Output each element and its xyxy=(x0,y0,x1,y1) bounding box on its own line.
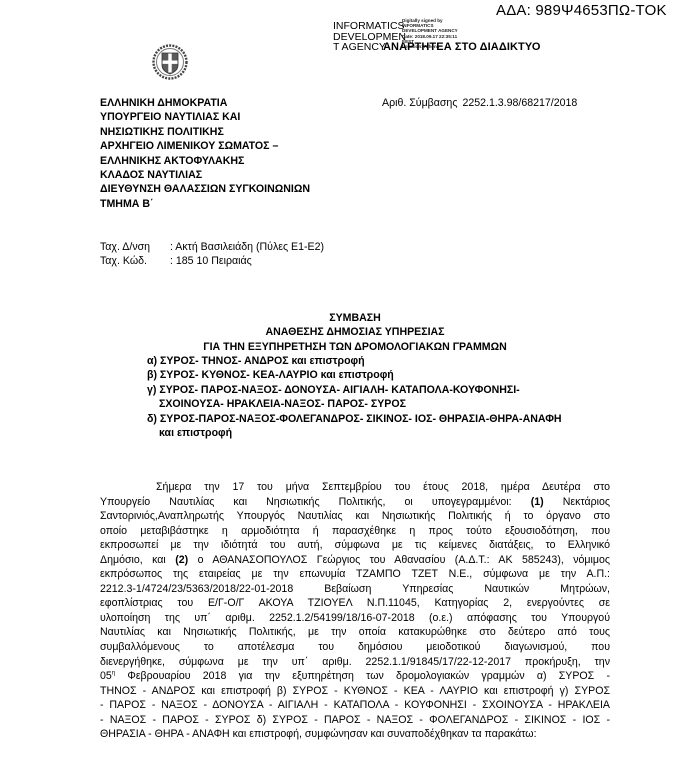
route-item: α) ΣΥΡΟΣ- ΤΗΝΟΣ- ΑΝΔΡΟΣ και επιστροφή xyxy=(147,354,562,368)
postal-code-label: Ταχ. Κώδ. xyxy=(100,254,170,268)
address-value: : Ακτή Βασιλειάδη (Πύλες Ε1-Ε2) xyxy=(170,240,324,254)
route-item: β) ΣΥΡΟΣ- ΚΥΘΝΟΣ- ΚΕΑ-ΛΑΥΡΙΟ και επιστρο… xyxy=(147,368,562,382)
paragraph-line: Ναυτιλίας και Νησιωτικής Πολιτικής, με τ… xyxy=(100,625,610,640)
text-run: - ΠΑΡΟΣ - ΝΑΞΟΣ - ΔΟΝΟΥΣΑ - ΑΙΓΙΑΛΗ - ΚΑ… xyxy=(100,699,610,711)
text-run: συμβαλλόμενους το αποτέλεσμα του δημόσιο… xyxy=(100,641,610,653)
paragraph-line: - ΝΑΞΟΣ - ΠΑΡΟΣ - ΣΥΡΟΣ δ) ΣΥΡΟΣ - ΠΑΡΟΣ… xyxy=(100,713,610,728)
postal-code-value: : 185 10 Πειραιάς xyxy=(170,254,252,268)
route-item-continuation: ΣΧΟΙΝΟΥΣΑ- ΗΡΑΚΛΕΙΑ-ΝΑΞΟΣ- ΠΑΡΟΣ- ΣΥΡΟΣ xyxy=(147,397,562,411)
text-run: οποίο μεταβιβάστηκε η αρμοδιότητα ή παρα… xyxy=(100,525,610,537)
paragraph-line: Δημόσιο, και (2) ο ΑΘΑΝΑΣΟΠΟΥΛΟΣ Γεώργιο… xyxy=(100,553,610,568)
authority-line: ΚΛΑΔΟΣ ΝΑΥΤΙΛΙΑΣ xyxy=(100,168,310,182)
title-line: ΑΝΑΘΕΣΗΣ ΔΗΜΟΣΙΑΣ ΥΠΗΡΕΣΙΑΣ xyxy=(100,325,610,339)
text-run: Δημόσιο, και xyxy=(100,554,175,566)
text-run: - ΝΑΞΟΣ - ΠΑΡΟΣ - ΣΥΡΟΣ δ) ΣΥΡΟΣ - ΠΑΡΟΣ… xyxy=(100,714,610,726)
authority-line: ΤΜΗΜΑ Β΄ xyxy=(100,197,310,211)
address-label: Ταχ. Δ/νση xyxy=(100,240,170,254)
party-number: (2) xyxy=(175,554,188,566)
text-run: ΤΗΝΟΣ - ΑΝΔΡΟΣ και επιστροφή β) ΣΥΡΟΣ - … xyxy=(100,685,610,697)
text-run: Ναυτιλίας και Νησιωτικής Πολιτικής, με τ… xyxy=(100,626,610,638)
text-run: εκπροσωπεί με την ιδιότητά του αυτή, σύμ… xyxy=(100,539,610,551)
paragraph-line: διενεργήθηκε, σύμφωνα με την υπ΄ αριθμ. … xyxy=(100,655,610,670)
text-run: διενεργήθηκε, σύμφωνα με την υπ΄ αριθμ. … xyxy=(100,656,610,668)
text-run: Σαντορινιός,Αναπληρωτής Υπουργός Ναυτιλί… xyxy=(100,510,610,522)
authority-line: ΕΛΛΗΝΙΚΗΣ ΑΚΤΟΦΥΛΑΚΗΣ xyxy=(100,154,310,168)
issuing-authority: ΕΛΛΗΝΙΚΗ ΔΗΜΟΚΡΑΤΙΑ ΥΠΟΥΡΓΕΙΟ ΝΑΥΤΙΛΙΑΣ … xyxy=(100,96,310,211)
text-run: 2212.3-1/4724/23/5363/2018/22-01-2018 Βε… xyxy=(100,583,610,595)
paragraph-line: εφοπλίστριας του Ε/Γ-Ο/Γ ΑΚΟΥΑ ΤΖΙΟΥΕΛ Ν… xyxy=(100,596,610,611)
text-run: Νεκτάριος xyxy=(544,496,610,508)
title-line: ΣΥΜΒΑΣΗ xyxy=(100,311,610,325)
route-list: α) ΣΥΡΟΣ- ΤΗΝΟΣ- ΑΝΔΡΟΣ και επιστροφή β)… xyxy=(147,354,562,440)
paragraph-line: οποίο μεταβιβάστηκε η αρμοδιότητα ή παρα… xyxy=(100,524,610,539)
paragraph-line: 2212.3-1/4724/23/5363/2018/22-01-2018 Βε… xyxy=(100,582,610,597)
contract-number: Αριθ. Σύμβασης2252.1.3.98/68217/2018 xyxy=(382,96,582,110)
paragraph-line: Σαντορινιός,Αναπληρωτής Υπουργός Ναυτιλί… xyxy=(100,509,610,524)
text-run: ο ΑΘΑΝΑΣΟΠΟΥΛΟΣ Γεώργιος του Αθανασίου (… xyxy=(188,554,610,566)
text-run: υλοποίηση της υπ΄ αριθμ. 2252.1.2/54199/… xyxy=(100,612,610,624)
authority-line: ΥΠΟΥΡΓΕΙΟ ΝΑΥΤΙΛΙΑΣ ΚΑΙ xyxy=(100,110,310,124)
contract-number-value: 2252.1.3.98/68217/2018 xyxy=(462,97,577,109)
paragraph-line: 05η Φεβρουαρίου 2018 για την εξυπηρέτηση… xyxy=(100,669,610,684)
signature-detail-line: DEVELOPMENT AGENCY xyxy=(402,28,458,33)
paragraph-line: Σήμερα την 17 του μήνα Σεπτεμβρίου του έ… xyxy=(100,480,610,495)
address-row: Ταχ. Δ/νση : Ακτή Βασιλειάδη (Πύλες Ε1-Ε… xyxy=(100,240,324,254)
text-run: εφοπλίστριας του Ε/Γ-Ο/Γ ΑΚΟΥΑ ΤΖΙΟΥΕΛ Ν… xyxy=(100,597,610,609)
route-item: γ) ΣΥΡΟΣ- ΠΑΡΟΣ-ΝΑΞΟΣ- ΔΟΝΟΥΣΑ- ΑΙΓΙΑΛΗ-… xyxy=(147,383,562,397)
greek-coat-of-arms-icon xyxy=(151,43,189,81)
paragraph-line: εκπρόσωπος της εταιρείας με την επωνυμία… xyxy=(100,567,610,582)
posting-label: ΑΝΑΡΤΗΤΕΑ ΣΤΟ ΔΙΑΔΙΚΤΥΟ xyxy=(383,41,541,53)
document-title: ΣΥΜΒΑΣΗ ΑΝΑΘΕΣΗΣ ΔΗΜΟΣΙΑΣ ΥΠΗΡΕΣΙΑΣ ΓΙΑ … xyxy=(100,311,610,354)
paragraph-line: συμβαλλόμενους το αποτέλεσμα του δημόσιο… xyxy=(100,640,610,655)
authority-line: ΑΡΧΗΓΕΙΟ ΛΙΜΕΝΙΚΟΥ ΣΩΜΑΤΟΣ – xyxy=(100,139,310,153)
text-run: Φεβρουαρίου 2018 για την εξυπηρέτηση των… xyxy=(115,670,610,682)
paragraph-line: εκπροσωπεί με την ιδιότητά του αυτή, σύμ… xyxy=(100,538,610,553)
route-item: δ) ΣΥΡΟΣ-ΠΑΡΟΣ-ΝΑΞΟΣ-ΦΟΛΕΓΑΝΔΡΟΣ- ΣΙΚΙΝΟ… xyxy=(147,412,562,426)
authority-line: ΝΗΣΙΩΤΙΚΗΣ ΠΟΛΙΤΙΚΗΣ xyxy=(100,125,310,139)
paragraph-line: ΘΗΡΑΣΙΑ - ΘΗΡΑ - ΑΝΑΦΗ και επιστροφή, συ… xyxy=(100,727,610,742)
text-run: Υπουργείο Ναυτιλίας και Νησιωτικής Πολιτ… xyxy=(100,496,531,508)
party-number: (1) xyxy=(531,496,544,508)
text-run: εκπρόσωπος της εταιρείας με την επωνυμία… xyxy=(100,568,610,580)
text-run: Σήμερα την 17 του μήνα Σεπτεμβρίου του έ… xyxy=(156,481,610,493)
authority-line: ΔΙΕΥΘΥΝΣΗ ΘΑΛΑΣΣΙΩΝ ΣΥΓΚΟΙΝΩΝΙΩΝ xyxy=(100,182,310,196)
contract-preamble-paragraph: Σήμερα την 17 του μήνα Σεπτεμβρίου του έ… xyxy=(100,480,610,742)
postal-address: Ταχ. Δ/νση : Ακτή Βασιλειάδη (Πύλες Ε1-Ε… xyxy=(100,240,324,269)
paragraph-line: Υπουργείο Ναυτιλίας και Νησιωτικής Πολιτ… xyxy=(100,495,610,510)
postal-code-row: Ταχ. Κώδ. : 185 10 Πειραιάς xyxy=(100,254,324,268)
paragraph-line: υλοποίηση της υπ΄ αριθμ. 2252.1.2/54199/… xyxy=(100,611,610,626)
paragraph-line: - ΠΑΡΟΣ - ΝΑΞΟΣ - ΔΟΝΟΥΣΑ - ΑΙΓΙΑΛΗ - ΚΑ… xyxy=(100,698,610,713)
signature-org-line: INFORMATICS xyxy=(333,21,406,32)
contract-number-label: Αριθ. Σύμβασης xyxy=(382,97,457,109)
text-run: 05 xyxy=(100,670,112,682)
title-line: ΓΙΑ ΤΗΝ ΕΞΥΠΗΡΕΤΗΣΗ ΤΩΝ ΔΡΟΜΟΛΟΓΙΑΚΩΝ ΓΡ… xyxy=(100,340,610,354)
text-run: ΘΗΡΑΣΙΑ - ΘΗΡΑ - ΑΝΑΦΗ και επιστροφή, συ… xyxy=(100,728,537,740)
authority-line: ΕΛΛΗΝΙΚΗ ΔΗΜΟΚΡΑΤΙΑ xyxy=(100,96,310,110)
ada-code: ΑΔΑ: 989Ψ4653ΠΩ-ΤΟΚ xyxy=(496,2,667,19)
route-item-continuation: και επιστροφή xyxy=(147,426,562,440)
paragraph-line: ΤΗΝΟΣ - ΑΝΔΡΟΣ και επιστροφή β) ΣΥΡΟΣ - … xyxy=(100,684,610,699)
